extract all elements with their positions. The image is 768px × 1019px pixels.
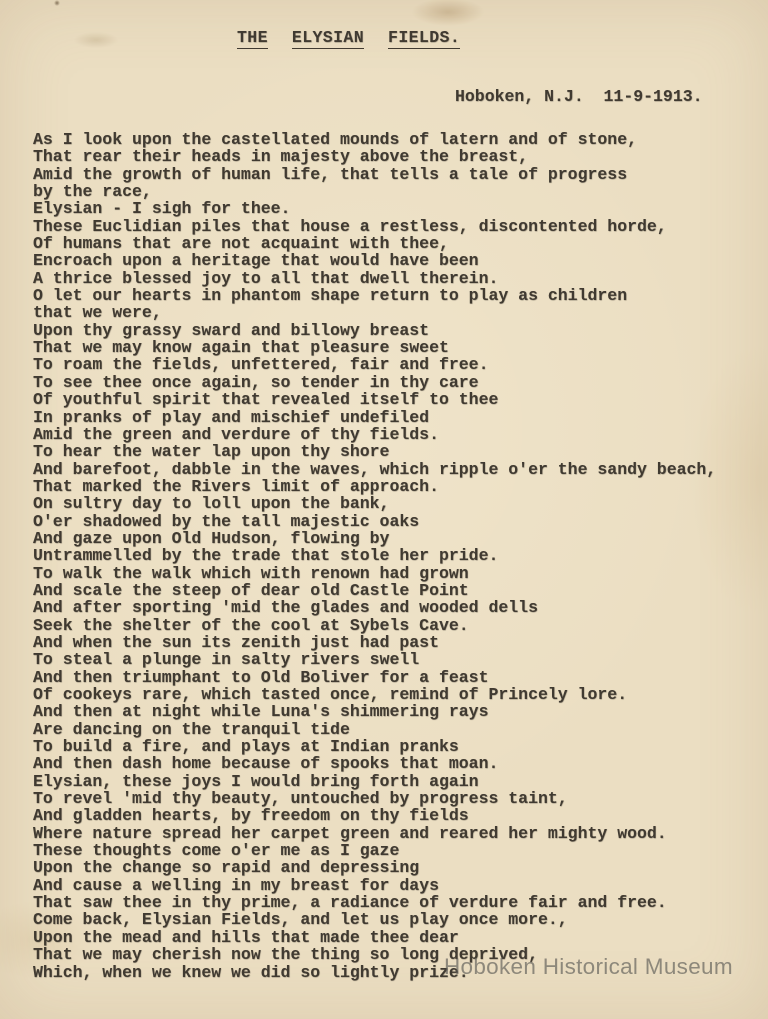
poem-line: On sultry day to loll upon the bank,	[33, 495, 753, 512]
poem-line: That marked the Rivers limit of approach…	[33, 478, 753, 495]
watermark: Hoboken Historical Museum	[444, 954, 733, 980]
poem-line: Of youthful spirit that revealed itself …	[33, 391, 753, 408]
poem-line: O let our hearts in phantom shape return…	[33, 287, 753, 304]
poem-line: And when the sun its zenith just had pas…	[33, 634, 753, 651]
poem-line: And then dash home because of spooks tha…	[33, 755, 753, 772]
poem-line: These thoughts come o'er me as I gaze	[33, 842, 753, 859]
poem-line: That we may know again that pleasure swe…	[33, 339, 753, 356]
poem-line: Of cookeys rare, which tasted once, remi…	[33, 686, 753, 703]
poem-line: by the race,	[33, 183, 753, 200]
poem-line: To walk the walk which with renown had g…	[33, 565, 753, 582]
poem-line: That saw thee in thy prime, a radiance o…	[33, 894, 753, 911]
poem-line: And barefoot, dabble in the waves, which…	[33, 461, 753, 478]
poem-line: To revel 'mid thy beauty, untouched by p…	[33, 790, 753, 807]
poem-line: Seek the shelter of the cool at Sybels C…	[33, 617, 753, 634]
poem-line: That rear their heads in majesty above t…	[33, 148, 753, 165]
poem-line: Of humans that are not acquaint with the…	[33, 235, 753, 252]
title-word: FIELDS.	[388, 28, 460, 49]
poem-line: And after sporting 'mid the glades and w…	[33, 599, 753, 616]
poem-line: Upon thy grassy sward and billowy breast	[33, 322, 753, 339]
title-word: THE	[237, 28, 268, 49]
poem-line: To steal a plunge in salty rivers swell	[33, 651, 753, 668]
poem-line: And scale the steep of dear old Castle P…	[33, 582, 753, 599]
poem-line: To see thee once again, so tender in thy…	[33, 374, 753, 391]
poem-line: Are dancing on the tranquil tide	[33, 721, 753, 738]
poem-line: Elysian - I sigh for thee.	[33, 200, 753, 217]
poem-line: And cause a welling in my breast for day…	[33, 877, 753, 894]
poem-body: As I look upon the castellated mounds of…	[33, 131, 753, 981]
document-page: THEELYSIANFIELDS. Hoboken, N.J. 11-9-191…	[0, 0, 768, 1019]
poem-line: And then triumphant to Old Boliver for a…	[33, 669, 753, 686]
poem-line: To hear the water lap upon thy shore	[33, 443, 753, 460]
poem-line: Amid the green and verdure of thy fields…	[33, 426, 753, 443]
poem-line: Encroach upon a heritage that would have…	[33, 252, 753, 269]
poem-line: And gladden hearts, by freedom on thy fi…	[33, 807, 753, 824]
poem-line: O'er shadowed by the tall majestic oaks	[33, 513, 753, 530]
poem-line: These Euclidian piles that house a restl…	[33, 218, 753, 235]
poem-line: As I look upon the castellated mounds of…	[33, 131, 753, 148]
poem-line: Upon the mead and hills that made thee d…	[33, 929, 753, 946]
poem-line: In pranks of play and mischief undefiled	[33, 409, 753, 426]
poem-line: And then at night while Luna's shimmerin…	[33, 703, 753, 720]
poem-line: Come back, Elysian Fields, and let us pl…	[33, 911, 753, 928]
poem-line: Untrammelled by the trade that stole her…	[33, 547, 753, 564]
dateline: Hoboken, N.J. 11-9-1913.	[455, 87, 703, 106]
title-word: ELYSIAN	[292, 28, 364, 49]
poem-line: A thrice blessed joy to all that dwell t…	[33, 270, 753, 287]
document-title: THEELYSIANFIELDS.	[237, 28, 460, 49]
poem-line: And gaze upon Old Hudson, flowing by	[33, 530, 753, 547]
poem-line: Elysian, these joys I would bring forth …	[33, 773, 753, 790]
poem-line: Amid the growth of human life, that tell…	[33, 166, 753, 183]
poem-line: Where nature spread her carpet green and…	[33, 825, 753, 842]
poem-line: Upon the change so rapid and depressing	[33, 859, 753, 876]
poem-line: that we were,	[33, 304, 753, 321]
poem-line: To build a fire, and plays at Indian pra…	[33, 738, 753, 755]
poem-line: To roam the fields, unfettered, fair and…	[33, 356, 753, 373]
